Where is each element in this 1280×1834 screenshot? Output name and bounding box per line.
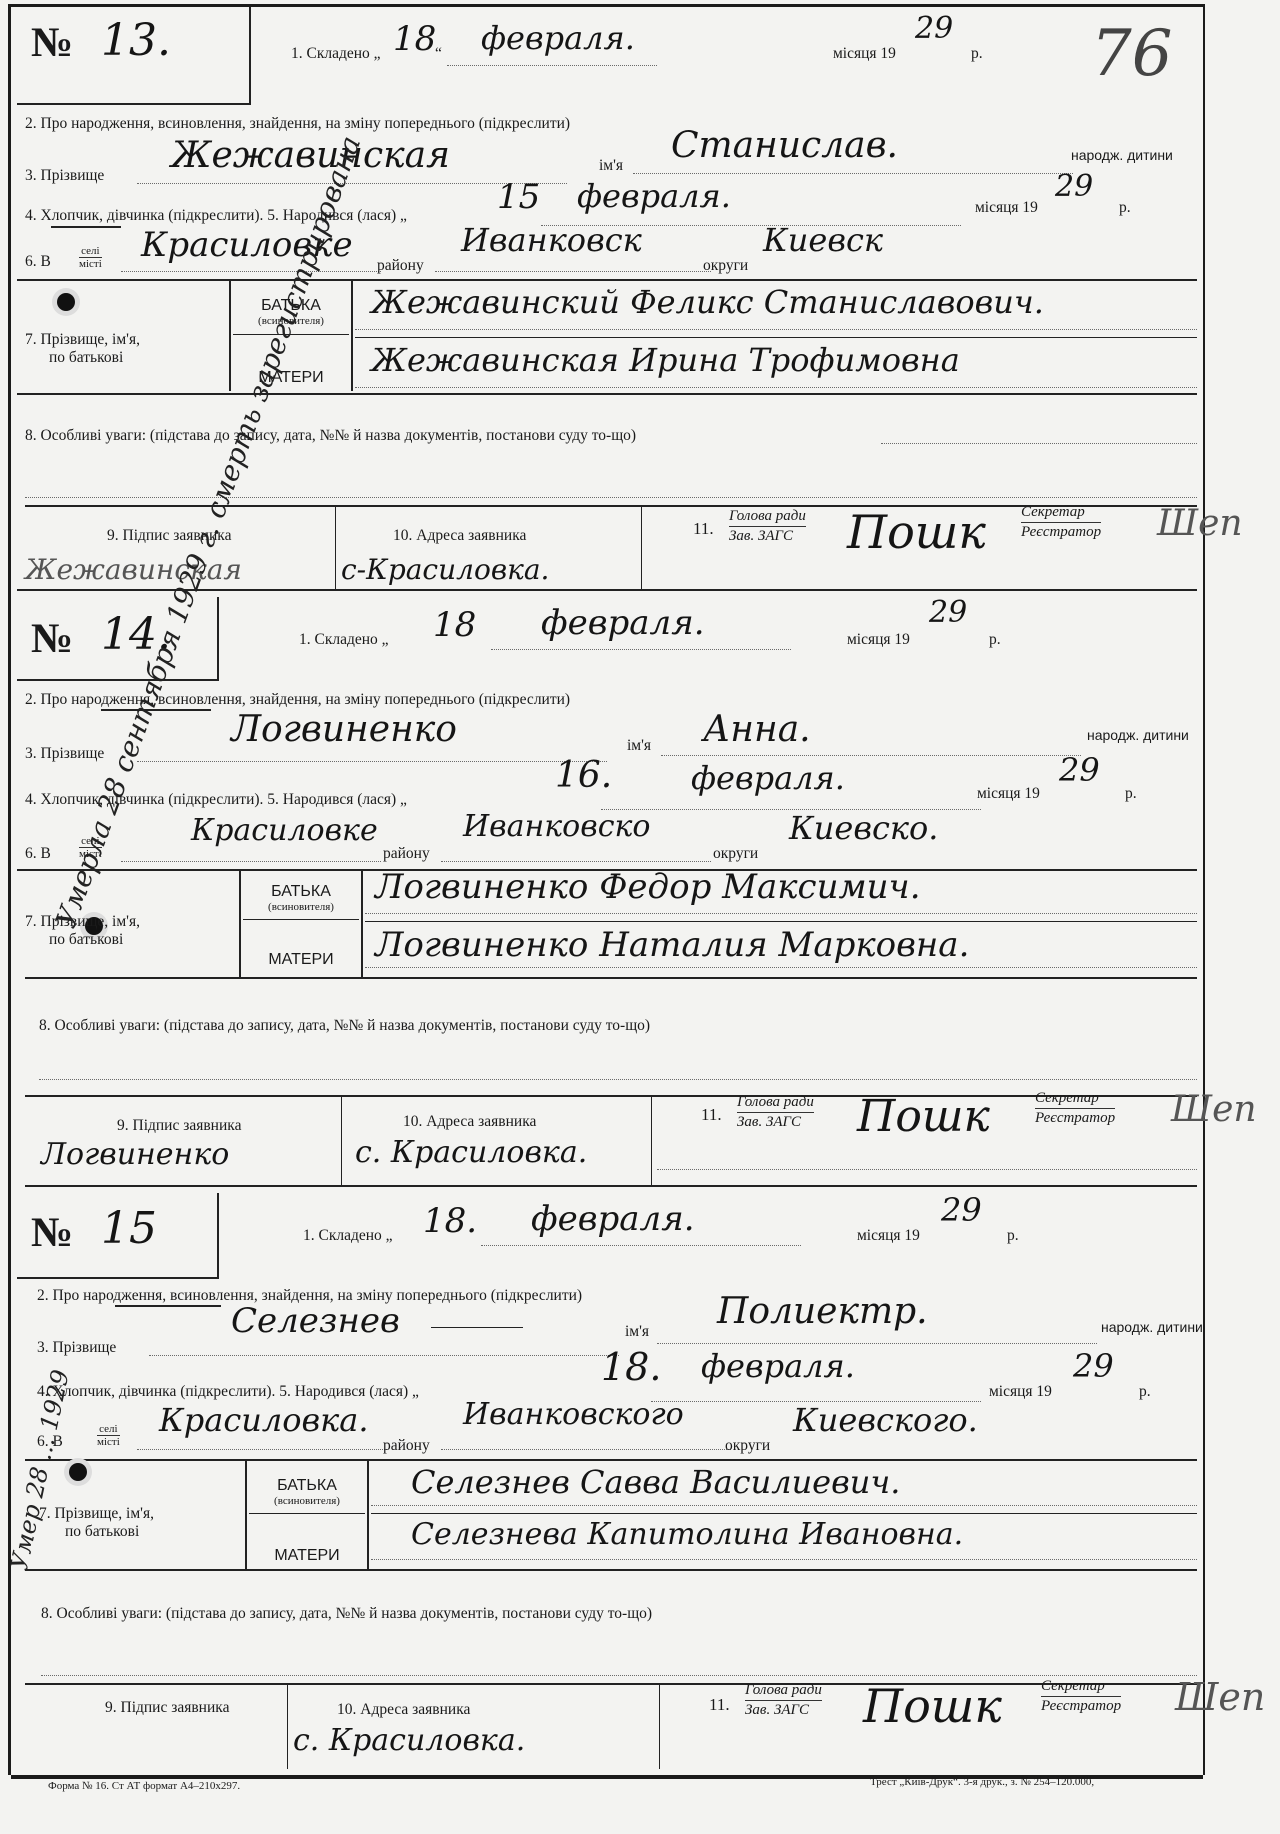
child-name: Анна.	[703, 709, 811, 750]
town-label: місті	[97, 1436, 120, 1448]
registrar-signature: Шеп	[1175, 1675, 1265, 1719]
mother-name: Жежавинская Ирина Трофимовна	[371, 341, 960, 379]
mother-label: МАТЕРИ	[243, 951, 359, 969]
divider	[351, 279, 353, 391]
dotted-line	[371, 1505, 1197, 1506]
divider	[361, 869, 363, 977]
okrug-label: округи	[713, 845, 758, 863]
record-15: № 15 1. Складено „ 18. февраля. місяця 1…	[11, 1187, 1203, 1779]
composed-label: 1. Складено „	[303, 1227, 393, 1245]
number-sign: №	[31, 1209, 73, 1257]
secretary-label: Секретар	[1041, 1677, 1121, 1697]
divider	[239, 869, 241, 977]
father-name: Логвиненко Федор Максимич.	[375, 867, 921, 907]
divider	[641, 505, 642, 591]
secretary-label: Секретар	[1035, 1089, 1115, 1109]
town-label: місті	[79, 258, 102, 270]
applicant-signature-label: 9. Підпис заявника	[105, 1699, 229, 1717]
divider	[17, 279, 1197, 281]
composed-label: 1. Складено „	[291, 45, 381, 63]
village-name: Красиловка.	[159, 1401, 368, 1439]
surname-label: 3. Прізвище	[37, 1339, 116, 1357]
quote-mark: “	[435, 45, 442, 63]
composed-year: 29	[915, 11, 953, 46]
father-label: БАТЬКА	[243, 883, 359, 901]
year-suffix: р.	[971, 45, 983, 63]
full-name-label: 7. Прізвище, ім'я,	[39, 1505, 154, 1523]
name-label: ім'я	[627, 737, 651, 755]
record-number: 15	[101, 1203, 157, 1254]
dotted-line	[435, 271, 711, 272]
month-year-label: місяця 19	[977, 785, 1040, 803]
head-label: Голова ради	[745, 1681, 822, 1701]
punch-hole	[69, 1463, 87, 1481]
name-label: ім'я	[625, 1323, 649, 1341]
head-label: Голова ради	[729, 507, 806, 527]
dotted-line	[355, 329, 1197, 330]
village-town-fraction: селімісті	[97, 1423, 120, 1448]
child-name: Станислав.	[671, 125, 898, 166]
dotted-line	[365, 967, 1197, 968]
record-13: № 13. 1. Складено „ 18 “ февраля. місяця…	[11, 7, 1203, 591]
composed-day: 18.	[423, 1201, 477, 1241]
about-label: 2. Про народження, всиновлення, знайденн…	[25, 115, 570, 133]
item-11-label: 11.	[693, 519, 714, 539]
birth-day: 16.	[555, 755, 612, 796]
divider	[25, 1569, 1197, 1571]
divider	[25, 1683, 1197, 1685]
divider	[245, 1459, 247, 1571]
divider	[25, 1095, 1197, 1097]
district-label: району	[377, 257, 424, 275]
punch-hole	[57, 293, 75, 311]
dotted-line	[121, 861, 381, 862]
composed-month: февраля.	[481, 19, 635, 57]
child-surname: Селезнев	[231, 1301, 400, 1341]
registrar-label: Реєстратор	[1021, 524, 1101, 540]
father-label: БАТЬКА	[249, 1477, 365, 1495]
village-name: Красиловке	[191, 813, 378, 848]
month-year-label: місяця 19	[833, 45, 896, 63]
zags-label: Зав. ЗАГС	[737, 1114, 801, 1130]
divider	[335, 505, 336, 591]
head-signature: Пошк	[863, 1679, 1002, 1733]
month-year-label: місяця 19	[857, 1227, 920, 1245]
birth-month: февраля.	[577, 177, 731, 215]
birth-month: февраля.	[691, 759, 845, 797]
applicant-address: с. Красиловка.	[355, 1135, 587, 1170]
of-child-label: народж. дитини	[1087, 727, 1189, 743]
name-label: ім'я	[599, 157, 623, 175]
record-number-box: № 15	[17, 1193, 219, 1279]
composed-month: февраля.	[541, 603, 705, 643]
patronymic-label: по батькові	[65, 1523, 139, 1541]
head-signature: Пошк	[847, 505, 986, 559]
dash	[431, 1327, 523, 1328]
month-year-label: місяця 19	[975, 199, 1038, 217]
secretary-registrar-label: СекретарРеєстратор	[1021, 503, 1101, 542]
dotted-line	[137, 761, 607, 762]
divider	[17, 393, 1197, 395]
secretary-registrar-label: СекретарРеєстратор	[1035, 1089, 1115, 1128]
adopter-label: (всиновителя)	[249, 1495, 365, 1507]
composed-day: 18	[433, 605, 476, 645]
registrar-signature: Шеп	[1157, 503, 1243, 544]
divider	[355, 337, 1197, 338]
surname-label: 3. Прізвище	[25, 167, 104, 185]
patronymic-label: по батькові	[49, 349, 123, 367]
composed-year: 29	[929, 595, 967, 630]
dotted-line	[41, 1675, 1197, 1676]
composed-month: февраля.	[531, 1199, 695, 1239]
dotted-line	[447, 65, 657, 66]
registrar-label: Реєстратор	[1041, 1698, 1121, 1714]
village-label: селі	[97, 1423, 120, 1436]
secretary-registrar-label: СекретарРеєстратор	[1041, 1677, 1121, 1716]
dotted-line	[881, 443, 1197, 444]
dotted-line	[121, 271, 381, 272]
gender-label: 4. Хлопчик, дівчинка (підкреслити). 5. Н…	[25, 207, 407, 225]
applicant-address-label: 10. Адреса заявника	[403, 1113, 536, 1131]
applicant-address: с. Красиловка.	[293, 1723, 525, 1758]
in-label: 6. В	[25, 253, 51, 271]
divider	[651, 1095, 652, 1187]
divider	[287, 1683, 288, 1769]
composed-day: 18	[393, 19, 436, 59]
dotted-line	[657, 1343, 1097, 1344]
dotted-line	[365, 913, 1197, 914]
dotted-line	[633, 173, 1073, 174]
secretary-label: Секретар	[1021, 503, 1101, 523]
okrug-label: округи	[703, 257, 748, 275]
divider	[243, 919, 359, 920]
dotted-line	[39, 1079, 1197, 1080]
year-suffix: р.	[1125, 785, 1137, 803]
district-label: району	[383, 1437, 430, 1455]
dotted-line	[137, 1449, 387, 1450]
year-suffix: р.	[1139, 1383, 1151, 1401]
dotted-line	[657, 1169, 1197, 1170]
margin-note: Умер 28 ... 1929	[5, 1367, 75, 1573]
okrug-name: Киевско.	[789, 809, 938, 847]
divider	[367, 1459, 369, 1571]
district-name: Иванковск	[461, 221, 642, 259]
zags-label: Зав. ЗАГС	[745, 1702, 809, 1718]
okrug-name: Киевского.	[793, 1401, 978, 1439]
gender-label: 4. Хлопчик, дівчинка (підкреслити). 5. Н…	[25, 791, 407, 809]
divider	[249, 1513, 365, 1514]
remarks-label: 8. Особливі уваги: (підстава до запису, …	[41, 1605, 652, 1623]
district-name: Иванковского	[463, 1397, 684, 1432]
mother-name: Логвиненко Наталия Марковна.	[375, 925, 969, 965]
gender-label: 4. Хлопчик, дівчинка (підкреслити). 5. Н…	[37, 1383, 419, 1401]
father-name: Селезнев Савва Василиевич.	[411, 1463, 900, 1501]
head-zags-label: Голова радиЗав. ЗАГС	[745, 1681, 822, 1720]
applicant-signature: Логвиненко	[41, 1137, 229, 1172]
zags-label: Зав. ЗАГС	[729, 528, 793, 544]
corner-mark: 76	[1091, 17, 1172, 91]
printer-footer: Трест „Київ-Друк“. 3-я друк., з. № 254–1…	[870, 1776, 1094, 1788]
applicant-address-label: 10. Адреса заявника	[393, 527, 526, 545]
in-label: 6. В	[25, 845, 51, 863]
number-sign: №	[31, 615, 73, 663]
head-zags-label: Голова радиЗав. ЗАГС	[729, 507, 806, 546]
district-label: району	[383, 845, 430, 863]
record-number-box: № 13.	[17, 7, 251, 105]
mother-name: Селезнева Капитолина Ивановна.	[411, 1517, 963, 1552]
dotted-line	[491, 649, 791, 650]
head-zags-label: Голова радиЗав. ЗАГС	[737, 1093, 814, 1132]
birth-day: 18.	[601, 1345, 661, 1389]
head-label: Голова ради	[737, 1093, 814, 1113]
district-name: Иванковско	[463, 809, 651, 844]
divider	[341, 1095, 342, 1187]
divider	[25, 1459, 1197, 1461]
dotted-line	[661, 755, 1081, 756]
remarks-label: 8. Особливі уваги: (підстава до запису, …	[25, 427, 636, 445]
registrar-label: Реєстратор	[1035, 1110, 1115, 1126]
birth-register-page: № 13. 1. Складено „ 18 “ февраля. місяця…	[8, 4, 1205, 1775]
dotted-line	[441, 861, 711, 862]
of-child-label: народж. дитини	[1071, 147, 1173, 163]
okrug-name: Киевск	[763, 221, 883, 259]
mother-label: МАТЕРИ	[249, 1547, 365, 1565]
head-signature: Пошк	[857, 1091, 990, 1142]
applicant-signature-label: 9. Підпис заявника	[117, 1117, 241, 1135]
birth-underline	[115, 1305, 221, 1307]
adopter-label: (всиновителя)	[243, 901, 359, 913]
composed-label: 1. Складено „	[299, 631, 389, 649]
record-14: № 14. 1. Складено „ 18 февраля. місяця 1…	[11, 591, 1203, 1187]
about-label: 2. Про народження, всиновлення, знайденн…	[25, 691, 570, 709]
year-suffix: р.	[1119, 199, 1131, 217]
father-name: Жежавинский Феликс Станиславович.	[371, 283, 1044, 321]
of-child-label: народж. дитини	[1101, 1319, 1203, 1335]
form-number-footer: Форма № 16. Ст АТ формат А4–210x297.	[48, 1780, 240, 1792]
year-suffix: р.	[989, 631, 1001, 649]
village-label: селі	[79, 245, 102, 258]
birth-day: 15	[497, 177, 540, 217]
birth-year: 29	[1055, 169, 1093, 204]
dotted-line	[441, 1449, 731, 1450]
surname-label: 3. Прізвище	[25, 745, 104, 763]
divider	[659, 1683, 660, 1769]
male-underline	[51, 226, 121, 228]
applicant-address-label: 10. Адреса заявника	[337, 1701, 470, 1719]
child-surname: Жежавинская	[171, 135, 450, 176]
child-name: Полиектр.	[717, 1291, 928, 1332]
dotted-line	[25, 497, 1197, 498]
registrar-signature: Шеп	[1171, 1089, 1257, 1130]
remarks-label: 8. Особливі уваги: (підстава до запису, …	[39, 1017, 650, 1035]
okrug-label: округи	[725, 1437, 770, 1455]
year-suffix: р.	[1007, 1227, 1019, 1245]
divider	[25, 977, 1197, 979]
child-surname: Логвиненко	[231, 709, 457, 750]
item-11-label: 11.	[709, 1695, 730, 1715]
dotted-line	[371, 1559, 1197, 1560]
record-number: 13.	[101, 15, 171, 66]
birth-year: 29	[1059, 751, 1100, 789]
divider	[365, 921, 1197, 922]
composed-year: 29	[941, 1191, 982, 1229]
dotted-line	[481, 1245, 801, 1246]
number-sign: №	[31, 19, 73, 67]
village-town-fraction: селімісті	[79, 245, 102, 270]
birth-year: 29	[1073, 1347, 1114, 1385]
applicant-address: с-Красиловка.	[341, 553, 549, 586]
month-year-label: місяця 19	[989, 1383, 1052, 1401]
item-11-label: 11.	[701, 1105, 722, 1125]
full-name-label: 7. Прізвище, ім'я,	[25, 331, 140, 349]
dotted-line	[149, 1355, 619, 1356]
month-year-label: місяця 19	[847, 631, 910, 649]
birth-month: февраля.	[701, 1347, 855, 1385]
patronymic-label: по батькові	[49, 931, 123, 949]
divider	[229, 279, 231, 391]
divider	[371, 1513, 1197, 1514]
dotted-line	[355, 387, 1197, 388]
